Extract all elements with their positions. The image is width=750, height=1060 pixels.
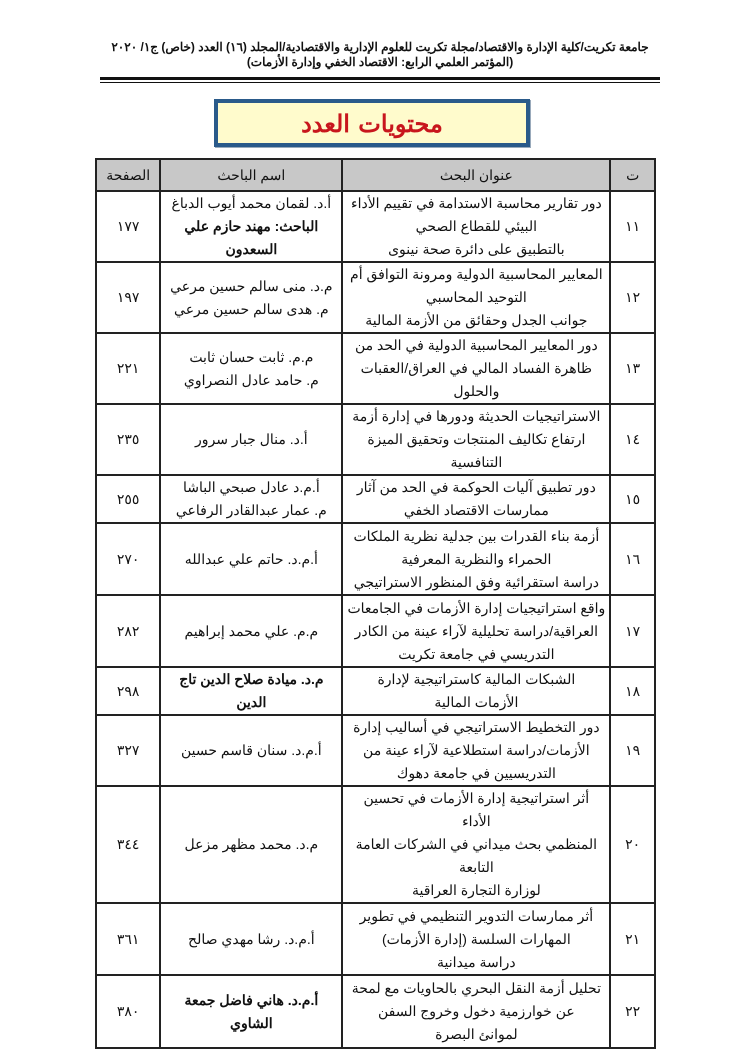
title-line: جوانب الجدل وحقائق من الأزمة المالية xyxy=(347,309,605,332)
journal-header-line2: (المؤتمر العلمي الرابع: الاقتصاد الخفي و… xyxy=(100,55,660,70)
researcher-name: م. عمار عبدالقادر الرفاعي xyxy=(165,499,337,522)
research-title-cell: الشبكات المالية كاستراتيجية لإدارةالأزما… xyxy=(342,667,610,715)
researcher-name: م. حامد عادل النصراوي xyxy=(165,369,337,392)
title-line: أثر استراتيجية إدارة الأزمات في تحسين ال… xyxy=(347,787,605,833)
title-line: دراسة ميدانية xyxy=(347,951,605,974)
research-title-cell: أزمة بناء القدرات بين جدلية نظرية الملكا… xyxy=(342,523,610,595)
researcher-name-cell: م.د. محمد مظهر مزعل xyxy=(160,786,342,903)
research-title-cell: الاستراتيجيات الحديثة ودورها في إدارة أز… xyxy=(342,404,610,475)
research-title-cell: واقع استراتيجيات إدارة الأزمات في الجامع… xyxy=(342,595,610,667)
row-number-cell: ١١ xyxy=(610,191,655,262)
researcher-name-cell: أ.م.د. رشا مهدي صالح xyxy=(160,903,342,975)
researcher-name: أ.د. لقمان محمد أيوب الدباغ xyxy=(165,192,337,215)
researcher-name: أ.م.د. حاتم علي عبدالله xyxy=(165,548,337,571)
column-header-name: اسم الباحث xyxy=(160,159,342,191)
title-line: لوزارة التجارة العراقية xyxy=(347,879,605,902)
row-number-cell: ٢١ xyxy=(610,903,655,975)
researcher-name: م.د. منى سالم حسين مرعي xyxy=(165,275,337,298)
page-number-cell: ٣٢٧ xyxy=(96,715,160,786)
research-title-cell: دور تطبيق آليات الحوكمة في الحد من آثارم… xyxy=(342,475,610,523)
title-line: التوحيد المحاسبي xyxy=(347,286,605,309)
title-line: المعايير المحاسبية الدولية ومرونة التواف… xyxy=(347,263,605,286)
title-line: ممارسات الاقتصاد الخفي xyxy=(347,499,605,522)
research-title-cell: أثر استراتيجية إدارة الأزمات في تحسين ال… xyxy=(342,786,610,903)
table-row: ٢٠أثر استراتيجية إدارة الأزمات في تحسين … xyxy=(96,786,655,903)
researcher-name: أ.م.د. رشا مهدي صالح xyxy=(165,928,337,951)
title-line: المنظمي بحث ميداني في الشركات العامة الت… xyxy=(347,833,605,879)
title-line: الأزمات المالية xyxy=(347,691,605,714)
table-row: ١٨الشبكات المالية كاستراتيجية لإدارةالأز… xyxy=(96,667,655,715)
researcher-name-cell: أ.م.د عادل صبحي الباشام. عمار عبدالقادر … xyxy=(160,475,342,523)
title-line: المهارات السلسة (إدارة الأزمات) xyxy=(347,928,605,951)
page-number-cell: ٢٥٥ xyxy=(96,475,160,523)
row-number-cell: ١٧ xyxy=(610,595,655,667)
journal-header: جامعة تكريت/كلية الإدارة والاقتصاد/مجلة … xyxy=(100,40,660,70)
title-line: العراقية/دراسة تحليلية لآراء عينة من الك… xyxy=(347,620,605,643)
page-number-cell: ٣٦١ xyxy=(96,903,160,975)
table-row: ١٧واقع استراتيجيات إدارة الأزمات في الجا… xyxy=(96,595,655,667)
researcher-name-cell: أ.م.د. سنان قاسم حسين xyxy=(160,715,342,786)
title-line: أثر ممارسات التدوير التنظيمي في تطوير xyxy=(347,905,605,928)
row-number-cell: ١٨ xyxy=(610,667,655,715)
title-line: أزمة بناء القدرات بين جدلية نظرية الملكا… xyxy=(347,525,605,548)
title-line: دور تطبيق آليات الحوكمة في الحد من آثار xyxy=(347,476,605,499)
title-line: البيئي للقطاع الصحي xyxy=(347,215,605,238)
researcher-name: أ.م.د عادل صبحي الباشا xyxy=(165,476,337,499)
page-number-cell: ٢٩٨ xyxy=(96,667,160,715)
research-title-cell: أثر ممارسات التدوير التنظيمي في تطويرالم… xyxy=(342,903,610,975)
table-row: ٢٢تحليل أزمة النقل البحري بالحاويات مع ل… xyxy=(96,975,655,1048)
research-title-cell: دور المعايير المحاسبية الدولية في الحد م… xyxy=(342,333,610,404)
title-line: تحليل أزمة النقل البحري بالحاويات مع لمح… xyxy=(347,977,605,1000)
researcher-name: م.د. ميادة صلاح الدين تاج الدين xyxy=(165,668,337,714)
research-title-cell: تحليل أزمة النقل البحري بالحاويات مع لمح… xyxy=(342,975,610,1048)
researcher-name: م.م. ثابت حسان ثابت xyxy=(165,346,337,369)
page-number-cell: ٢٨٢ xyxy=(96,595,160,667)
page-number-cell: ٣٨٠ xyxy=(96,975,160,1048)
header-divider-thick xyxy=(100,77,660,80)
table-row: ١٤الاستراتيجيات الحديثة ودورها في إدارة … xyxy=(96,404,655,475)
title-line: التدريسي في جامعة تكريت xyxy=(347,643,605,666)
table-header-row: ت عنوان البحث اسم الباحث الصفحة xyxy=(96,159,655,191)
row-number-cell: ١٦ xyxy=(610,523,655,595)
title-line: الاستراتيجيات الحديثة ودورها في إدارة أز… xyxy=(347,405,605,428)
title-line: ظاهرة الفساد المالي في العراق/العقبات وا… xyxy=(347,357,605,403)
table-row: ١٦أزمة بناء القدرات بين جدلية نظرية المل… xyxy=(96,523,655,595)
research-title-cell: المعايير المحاسبية الدولية ومرونة التواف… xyxy=(342,262,610,333)
page-number-cell: ٣٤٤ xyxy=(96,786,160,903)
title-line: لموانئ البصرة xyxy=(347,1023,605,1046)
page-number-cell: ١٧٧ xyxy=(96,191,160,262)
researcher-name: م.م. علي محمد إبراهيم xyxy=(165,620,337,643)
title-line: الحمراء والنظرية المعرفية xyxy=(347,548,605,571)
table-row: ١٥دور تطبيق آليات الحوكمة في الحد من آثا… xyxy=(96,475,655,523)
title-line: عن خوارزمية دخول وخروج السفن xyxy=(347,1000,605,1023)
column-header-page: الصفحة xyxy=(96,159,160,191)
research-title-cell: دور تقارير محاسبة الاستدامة في تقييم الأ… xyxy=(342,191,610,262)
column-header-title: عنوان البحث xyxy=(342,159,610,191)
title-line: التدريسيين في جامعة دهوك xyxy=(347,762,605,785)
table-row: ١١دور تقارير محاسبة الاستدامة في تقييم ا… xyxy=(96,191,655,262)
researcher-name-cell: أ.د. لقمان محمد أيوب الدباغالباحث: مهند … xyxy=(160,191,342,262)
table-row: ١٣دور المعايير المحاسبية الدولية في الحد… xyxy=(96,333,655,404)
table-body: ١١دور تقارير محاسبة الاستدامة في تقييم ا… xyxy=(96,191,655,1048)
table-row: ٢١أثر ممارسات التدوير التنظيمي في تطويرا… xyxy=(96,903,655,975)
title-line: ارتفاع تكاليف المنتجات وتحقيق الميزة الت… xyxy=(347,428,605,474)
row-number-cell: ٢٢ xyxy=(610,975,655,1048)
page-number-cell: ٢٢١ xyxy=(96,333,160,404)
contents-title-box: محتويات العدد xyxy=(214,99,530,147)
contents-table: ت عنوان البحث اسم الباحث الصفحة ١١دور تق… xyxy=(95,158,656,1049)
researcher-name: أ.م.د. هاني فاضل جمعة الشاوي xyxy=(165,989,337,1035)
page-number-cell: ١٩٧ xyxy=(96,262,160,333)
title-line: دور التخطيط الاستراتيجي في أساليب إدارة xyxy=(347,716,605,739)
row-number-cell: ٢٠ xyxy=(610,786,655,903)
row-number-cell: ١٢ xyxy=(610,262,655,333)
research-title-cell: دور التخطيط الاستراتيجي في أساليب إدارةا… xyxy=(342,715,610,786)
title-line: الأزمات/دراسة استطلاعية لآراء عينة من xyxy=(347,739,605,762)
researcher-name: أ.د. منال جبار سرور xyxy=(165,428,337,451)
researcher-name-cell: أ.م.د. هاني فاضل جمعة الشاوي xyxy=(160,975,342,1048)
row-number-cell: ١٣ xyxy=(610,333,655,404)
title-line: دور تقارير محاسبة الاستدامة في تقييم الأ… xyxy=(347,192,605,215)
contents-title: محتويات العدد xyxy=(301,109,443,138)
title-line: دور المعايير المحاسبية الدولية في الحد م… xyxy=(347,334,605,357)
journal-header-line1: جامعة تكريت/كلية الإدارة والاقتصاد/مجلة … xyxy=(100,40,660,55)
researcher-name-cell: م.د. منى سالم حسين مرعيم. هدى سالم حسين … xyxy=(160,262,342,333)
researcher-name: م.د. محمد مظهر مزعل xyxy=(165,833,337,856)
row-number-cell: ١٤ xyxy=(610,404,655,475)
row-number-cell: ١٩ xyxy=(610,715,655,786)
researcher-name: م. هدى سالم حسين مرعي xyxy=(165,298,337,321)
page-number-cell: ٢٣٥ xyxy=(96,404,160,475)
title-line: الشبكات المالية كاستراتيجية لإدارة xyxy=(347,668,605,691)
table-row: ١٩دور التخطيط الاستراتيجي في أساليب إدار… xyxy=(96,715,655,786)
researcher-name-cell: م.م. ثابت حسان ثابتم. حامد عادل النصراوي xyxy=(160,333,342,404)
researcher-name-cell: أ.م.د. حاتم علي عبدالله xyxy=(160,523,342,595)
header-divider-thin xyxy=(100,82,660,83)
page-number-cell: ٢٧٠ xyxy=(96,523,160,595)
researcher-name-cell: م.د. ميادة صلاح الدين تاج الدين xyxy=(160,667,342,715)
researcher-name-cell: م.م. علي محمد إبراهيم xyxy=(160,595,342,667)
title-line: دراسة استقرائية وفق المنظور الاستراتيجي xyxy=(347,571,605,594)
table-row: ١٢المعايير المحاسبية الدولية ومرونة التو… xyxy=(96,262,655,333)
title-line: بالتطبيق على دائرة صحة نينوى xyxy=(347,238,605,261)
researcher-name: أ.م.د. سنان قاسم حسين xyxy=(165,739,337,762)
title-line: واقع استراتيجيات إدارة الأزمات في الجامع… xyxy=(347,597,605,620)
row-number-cell: ١٥ xyxy=(610,475,655,523)
researcher-name-cell: أ.د. منال جبار سرور xyxy=(160,404,342,475)
column-header-num: ت xyxy=(610,159,655,191)
researcher-name: الباحث: مهند حازم علي السعدون xyxy=(165,215,337,261)
